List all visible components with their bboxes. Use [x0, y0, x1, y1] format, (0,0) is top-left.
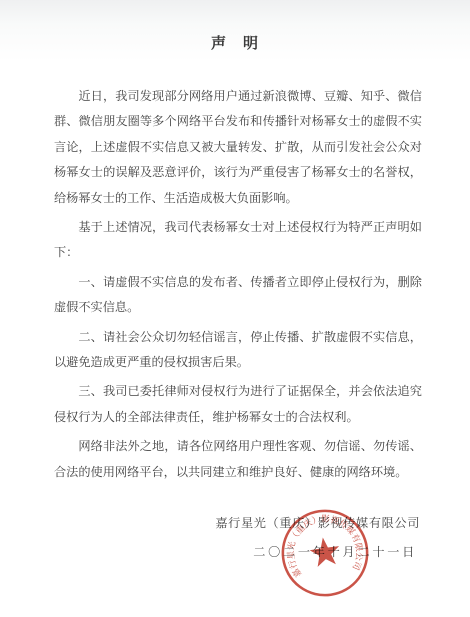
statement-paragraph: 二、请社会公众切勿轻信谣言，停止传播、扩散虚假不实信息，以避免造成更严重的侵权损… — [54, 325, 422, 376]
statement-paragraph: 三、我司已委托律师对侵权行为进行了证据保全，并会依法追究侵权行为人的全部法律责任… — [54, 379, 422, 430]
statement-paragraph: 基于上述情况，我司代表杨幂女士对上述侵权行为特严正声明如下： — [54, 215, 422, 266]
seal-star-icon — [308, 535, 341, 567]
statement-paragraph: 一、请虚假不实信息的发布者、传播者立即停止侵权行为，删除虚假不实信息。 — [54, 270, 422, 321]
statement-document: 声 明 近日，我司发现部分网络用户通过新浪微博、豆瓣、知乎、微信群、微信朋友圈等… — [0, 0, 470, 617]
signature-block: 嘉行星光（重庆）影视传媒有限公司 二〇二一年十月二十一日 — [0, 511, 470, 564]
statement-paragraph: 近日，我司发现部分网络用户通过新浪微博、豆瓣、知乎、微信群、微信朋友圈等多个网络… — [54, 84, 422, 211]
signature-company: 嘉行星光（重庆）影视传媒有限公司 — [0, 511, 470, 535]
statement-body: 近日，我司发现部分网络用户通过新浪微博、豆瓣、知乎、微信群、微信朋友圈等多个网络… — [54, 84, 422, 485]
page-title: 声 明 — [0, 0, 470, 53]
statement-paragraph: 网络非法外之地，请各位网络用户理性客观、勿信谣、勿传谣、合法的使用网络平台，以共… — [54, 434, 422, 485]
signature-date: 二〇二一年十月二十一日 — [0, 540, 470, 564]
company-seal: 嘉行星光（重庆）影视传媒有限公司 — [270, 498, 381, 609]
